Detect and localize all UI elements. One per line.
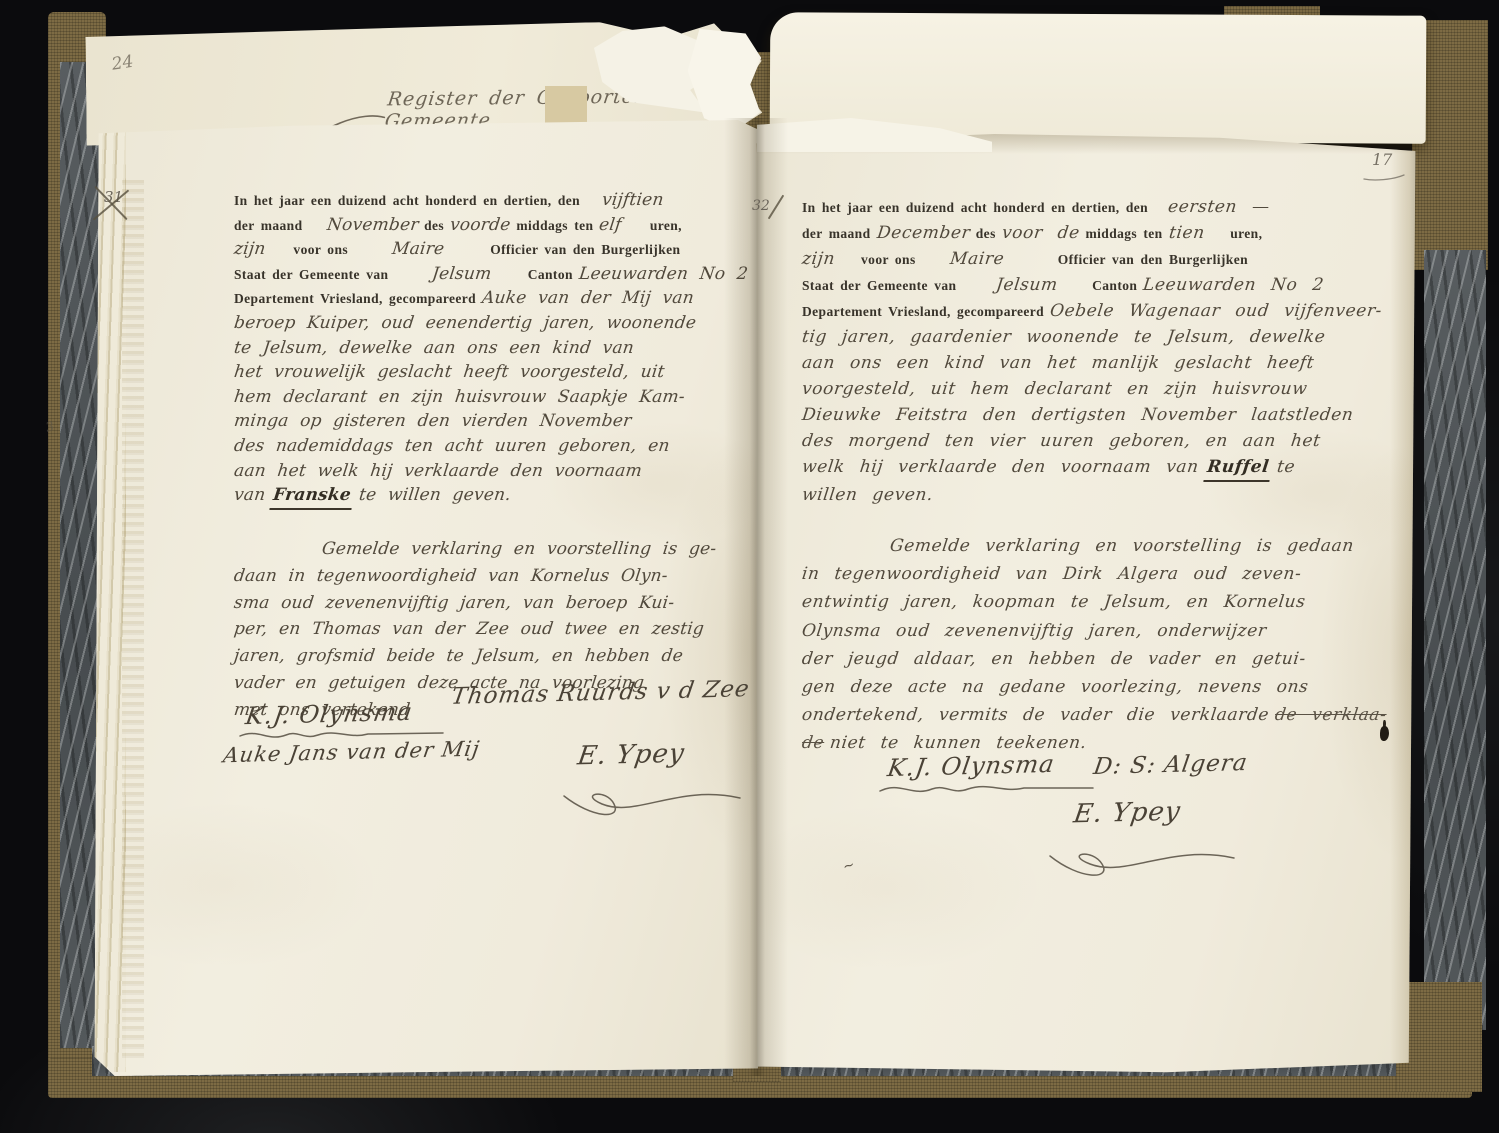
text-segment: Leeuwarden No 2 xyxy=(1142,273,1326,298)
right-act-text: In het jaar een duizend acht honderd en … xyxy=(802,194,1402,508)
text-segment: In het jaar een duizend acht honderd en … xyxy=(802,200,1148,215)
text-segment: eersten — xyxy=(1167,195,1272,220)
text-segment: te willen geven. xyxy=(358,484,513,508)
text-segment: des xyxy=(976,226,996,241)
text-line: Departement Vriesland, gecompareerdAuke … xyxy=(234,286,750,311)
text-line: der maandNovemberdesvoordemiddags tenelf… xyxy=(234,213,750,238)
text-line: het vrouwelijk geslacht heeft voorgestel… xyxy=(234,360,750,385)
text-line: in tegenwoordigheid van Dirk Algera oud … xyxy=(802,560,1414,588)
text-line: aan het welk hij verklaarde den voornaam xyxy=(234,459,750,484)
text-line: des morgend ten vier uuren geboren, en a… xyxy=(802,428,1402,454)
text-segment: tig jaren, gaardenier woonende te Jelsum… xyxy=(800,325,1326,350)
text-segment: Staat der Gemeente van xyxy=(234,267,388,282)
text-line: In het jaar een duizend acht honderd en … xyxy=(234,188,750,213)
text-segment: de xyxy=(800,729,826,757)
text-segment: per, en Thomas van der Zee oud twee en z… xyxy=(232,616,705,643)
text-segment: Maire xyxy=(391,238,446,262)
text-line: zijnvoor onsMaireOfficier van den Burger… xyxy=(234,237,750,262)
text-line: der jeugd aldaar, en hebben de vader en … xyxy=(802,645,1414,673)
text-segment: aan het welk hij verklaarde den voornaam xyxy=(233,460,644,484)
text-segment: November xyxy=(325,214,419,238)
text-segment: Jelsum xyxy=(431,263,493,287)
text-segment: Staat der Gemeente van xyxy=(802,278,956,293)
signature-algera: D: S: Algera xyxy=(1092,750,1250,780)
text-segment: zijn xyxy=(233,238,267,262)
text-line: hem declarant en zijn huisvrouw Saapkje … xyxy=(234,385,750,410)
text-segment: Auke van der Mij van xyxy=(481,287,696,311)
text-line: aan ons een kind van het manlijk geslach… xyxy=(802,350,1402,376)
ypey-paraph-flourish-left xyxy=(556,778,746,824)
archive-scan: 24 Register der Geboorten Gemeente Jelsu… xyxy=(0,0,1499,1133)
text-segment: voor ons xyxy=(861,252,916,267)
text-line: der maandDecemberdesvoor demiddags tenti… xyxy=(802,220,1402,246)
signature-ypey-left: E. Ypey xyxy=(576,739,687,772)
text-segment: voorde xyxy=(449,214,512,238)
text-line: Gemelde verklaring en voorstelling is ge… xyxy=(802,532,1414,560)
text-segment: uren, xyxy=(1230,226,1262,241)
olynsma-signature-flourish-right xyxy=(878,779,1098,801)
text-segment: Canton xyxy=(528,267,573,282)
text-segment: ondertekend, vermits de vader die verkla… xyxy=(800,701,1271,729)
text-line: voorgesteld, uit hem declarant en zijn h… xyxy=(802,376,1402,402)
text-segment: December xyxy=(875,221,971,246)
text-segment: Gemelde verklaring en voorstelling is ge… xyxy=(844,532,1355,560)
text-line: Staat der Gemeente vanJelsumCantonLeeuwa… xyxy=(234,262,750,287)
text-line: willen geven. xyxy=(802,482,1402,508)
text-segment: de verklaa- xyxy=(1273,701,1388,729)
book-cover-right-marble xyxy=(1424,250,1486,1030)
text-segment: Maire xyxy=(948,247,1005,272)
text-segment: tien xyxy=(1167,221,1206,246)
signature-ypey-right: E. Ypey xyxy=(1072,797,1183,830)
text-segment: Officier van den Burgerlijken xyxy=(490,242,680,257)
text-line: tig jaren, gaardenier woonende te Jelsum… xyxy=(802,324,1402,350)
text-segment: Canton xyxy=(1092,278,1137,293)
text-line: entwintig jaren, koopman te Jelsum, en K… xyxy=(802,588,1414,616)
text-segment: welk hij verklaarde den voornaam van xyxy=(800,455,1200,480)
text-segment: des nademiddags ten acht uuren geboren, … xyxy=(233,435,671,459)
text-segment: Dieuwke Feitstra den dertigsten November… xyxy=(800,403,1354,428)
text-line: per, en Thomas van der Zee oud twee en z… xyxy=(234,616,750,643)
text-segment: het vrouwelijk geslacht heeft voorgestel… xyxy=(233,361,666,385)
text-line: Gemelde verklaring en voorstelling is ge… xyxy=(234,536,750,563)
text-line: welk hij verklaarde den voornaam vanRuff… xyxy=(802,454,1402,482)
text-segment: hem declarant en zijn huisvrouw Saapkje … xyxy=(233,386,687,410)
text-line: zijnvoor onsMaireOfficier van den Burger… xyxy=(802,246,1402,272)
text-line: Staat der Gemeente vanJelsumCantonLeeuwa… xyxy=(802,272,1402,298)
text-line: In het jaar een duizend acht honderd en … xyxy=(802,194,1402,220)
text-segment: Jelsum xyxy=(995,273,1060,298)
text-line: beroep Kuiper, oud eenendertig jaren, wo… xyxy=(234,311,750,336)
text-line: sma oud zevenenvijftig jaren, van beroep… xyxy=(234,590,750,617)
text-segment: middags ten xyxy=(516,218,593,233)
text-line: gen deze acte na gedane voorlezing, neve… xyxy=(802,673,1414,701)
text-segment: Leeuwarden No 2 xyxy=(577,263,749,287)
text-segment: sma oud zevenenvijftig jaren, van beroep… xyxy=(232,590,675,617)
text-segment: des morgend ten vier uuren geboren, en a… xyxy=(800,429,1322,454)
text-segment: minga op gisteren den vierden November xyxy=(233,410,633,434)
text-segment: willen geven. xyxy=(800,483,934,508)
signature-olynsma-right: K.J. Olynsma xyxy=(886,750,1057,782)
text-line: des nademiddags ten acht uuren geboren, … xyxy=(234,434,750,459)
text-segment: beroep Kuiper, oud eenendertig jaren, wo… xyxy=(233,312,698,336)
text-segment: Olynsma oud zevenenvijftig jaren, onderw… xyxy=(800,617,1268,645)
text-segment: in tegenwoordigheid van Dirk Algera oud … xyxy=(800,560,1303,588)
text-segment: van xyxy=(233,484,267,508)
text-line: Departement Vriesland, gecompareerdOebel… xyxy=(802,298,1402,324)
text-segment: gen deze acte na gedane voorlezing, neve… xyxy=(800,673,1310,701)
text-line: ondertekend, vermits de vader die verkla… xyxy=(802,701,1414,729)
text-segment: voor de xyxy=(1000,221,1081,246)
text-segment: der maand xyxy=(802,226,871,241)
underlay-page-number: 24 xyxy=(110,52,134,75)
text-segment: Ruffel xyxy=(1203,455,1272,482)
text-segment: der jeugd aldaar, en hebben de vader en … xyxy=(800,645,1307,673)
text-segment: Departement Vriesland, gecompareerd xyxy=(234,291,476,306)
text-segment: zijn xyxy=(800,247,836,272)
text-segment: Departement Vriesland, gecompareerd xyxy=(802,304,1044,319)
text-segment: Gemelde verklaring en voorstelling is ge… xyxy=(276,536,718,563)
left-act-text: In het jaar een duizend acht honderd en … xyxy=(234,188,750,510)
text-line: jaren, grofsmid beide te Jelsum, en hebb… xyxy=(234,643,750,670)
text-segment: Oebele Wagenaar oud vijfenveer- xyxy=(1049,299,1384,324)
text-segment: vijftien xyxy=(601,189,665,213)
text-line: Olynsma oud zevenenvijftig jaren, onderw… xyxy=(802,617,1414,645)
text-segment: Franske xyxy=(270,484,355,510)
text-line: Dieuwke Feitstra den dertigsten November… xyxy=(802,402,1402,428)
text-segment: voor ons xyxy=(293,242,348,257)
text-line: minga op gisteren den vierden November xyxy=(234,409,750,434)
ypey-paraph-flourish-right xyxy=(1040,836,1240,884)
text-segment: elf xyxy=(598,214,623,238)
text-segment: entwintig jaren, koopman te Jelsum, en K… xyxy=(800,588,1307,616)
page-number-underline xyxy=(1362,172,1406,182)
text-segment: jaren, grofsmid beide te Jelsum, en hebb… xyxy=(232,643,684,670)
text-segment: der maand xyxy=(234,218,303,233)
text-segment: middags ten xyxy=(1085,226,1162,241)
text-segment: Officier van den Burgerlijken xyxy=(1058,252,1248,267)
text-segment: aan ons een kind van het manlijk geslach… xyxy=(800,351,1315,376)
right-margin-act-number: 32 xyxy=(752,198,770,214)
text-segment: des xyxy=(424,218,444,233)
text-segment: te xyxy=(1275,455,1296,480)
text-segment: uren, xyxy=(650,218,682,233)
right-page-number: 17 xyxy=(1372,150,1392,169)
text-line: daan in tegenwoordigheid van Kornelus Ol… xyxy=(234,563,750,590)
text-segment: te Jelsum, dewelke aan ons een kind van xyxy=(233,337,636,361)
right-closing-text: Gemelde verklaring en voorstelling is ge… xyxy=(802,532,1414,758)
text-segment: In het jaar een duizend acht honderd en … xyxy=(234,193,580,208)
text-line: te Jelsum, dewelke aan ons een kind van xyxy=(234,336,750,361)
text-segment: voorgesteld, uit hem declarant en zijn h… xyxy=(800,377,1308,402)
text-line: vanFranskete willen geven. xyxy=(234,483,750,510)
text-segment: daan in tegenwoordigheid van Kornelus Ol… xyxy=(232,563,669,590)
